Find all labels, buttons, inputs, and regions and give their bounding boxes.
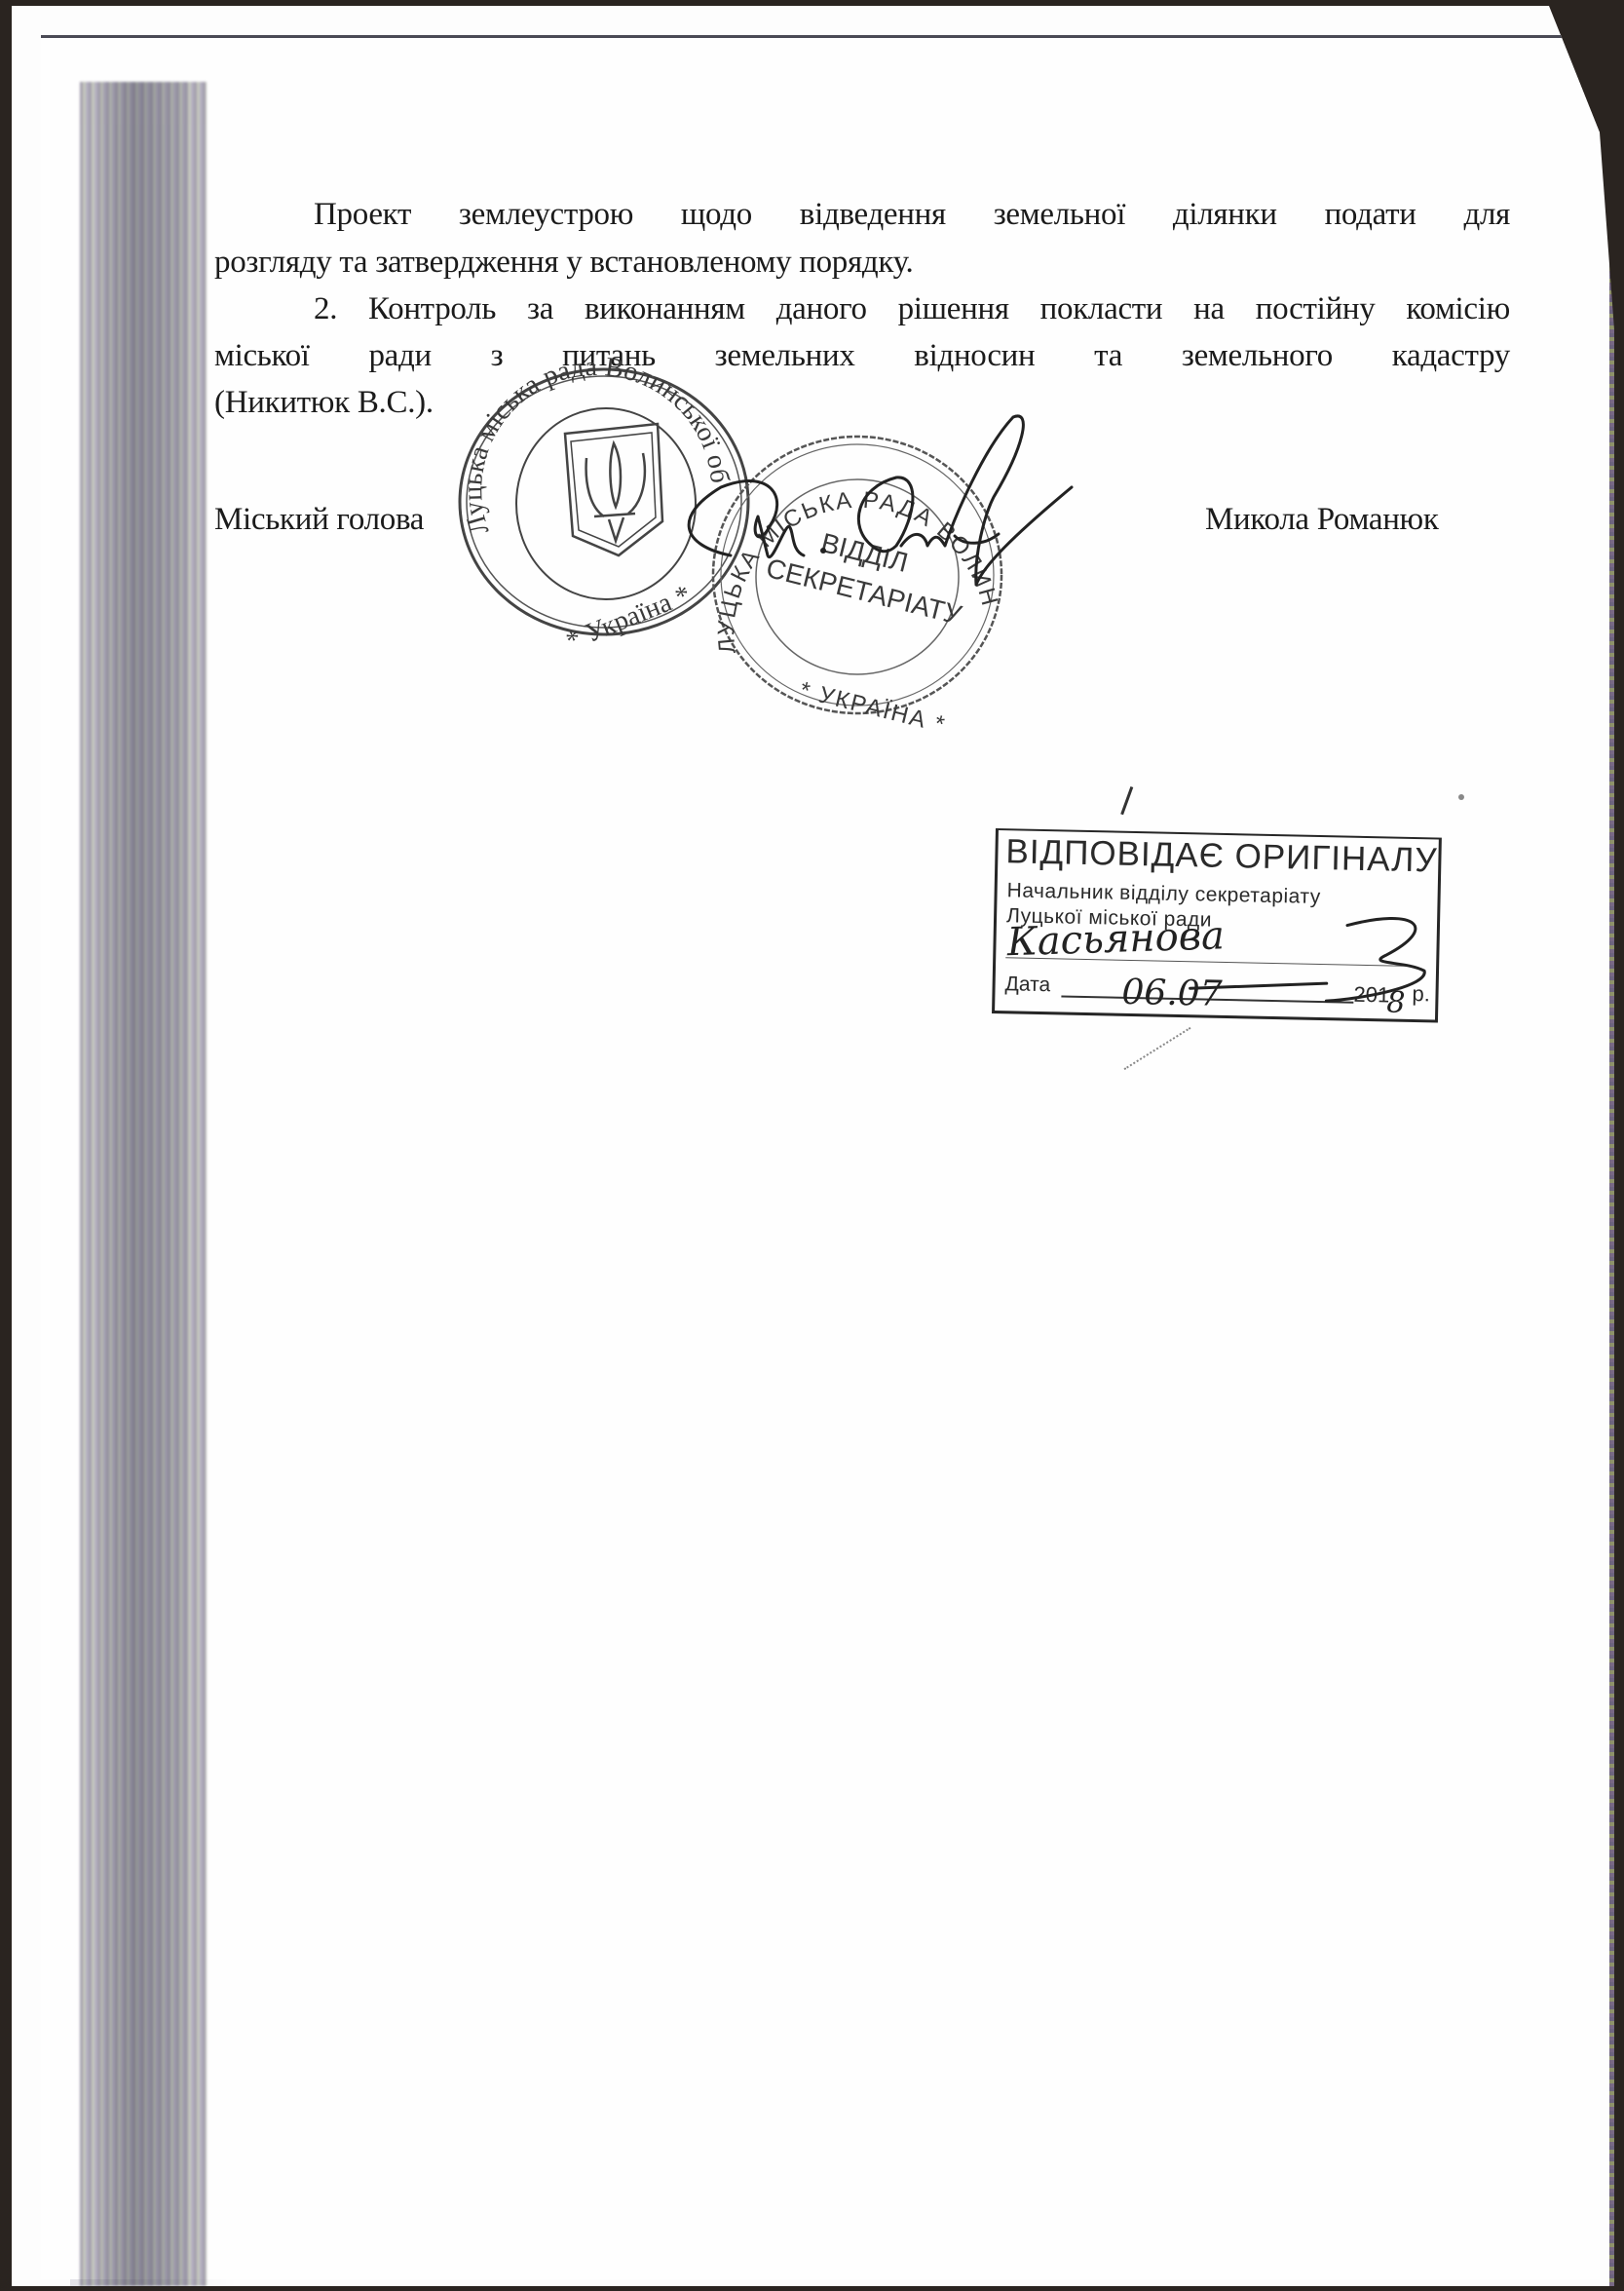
signatory-name: Микола Романюк [1205, 496, 1439, 543]
mayor-signature [662, 409, 1130, 633]
handwritten-name: Касьянова [1005, 913, 1225, 965]
ink-dot [1458, 794, 1464, 800]
certified-copy-stamp: ВІДПОВІДАЄ ОРИГІНАЛУ Начальник відділу с… [992, 828, 1442, 1023]
seal-bottom-text: * УКРАЇНА * [797, 677, 949, 739]
paragraph-2-line-1: 2. Контроль за виконанням даного рішення… [214, 286, 1510, 332]
handwritten-date: 06.07 [1121, 973, 1223, 1014]
paragraph-2-line-2: міської ради з питань земельних відносин… [214, 332, 1510, 379]
page-edge [1609, 181, 1614, 2291]
stamp-handwriting: Касьянова 06.07 8 [995, 908, 1443, 1025]
scan-binding-shadow [80, 82, 207, 2286]
paragraph-1-line-1: Проект землеустрою щодо відведення земел… [214, 191, 1510, 238]
stamp-title: ВІДПОВІДАЄ ОРИГІНАЛУ [1005, 832, 1438, 880]
trident-icon [565, 424, 662, 555]
signatory-title: Міський голова [214, 496, 424, 543]
paragraph-1-line-2: розгляду та затвердження у встановленому… [214, 239, 1510, 286]
